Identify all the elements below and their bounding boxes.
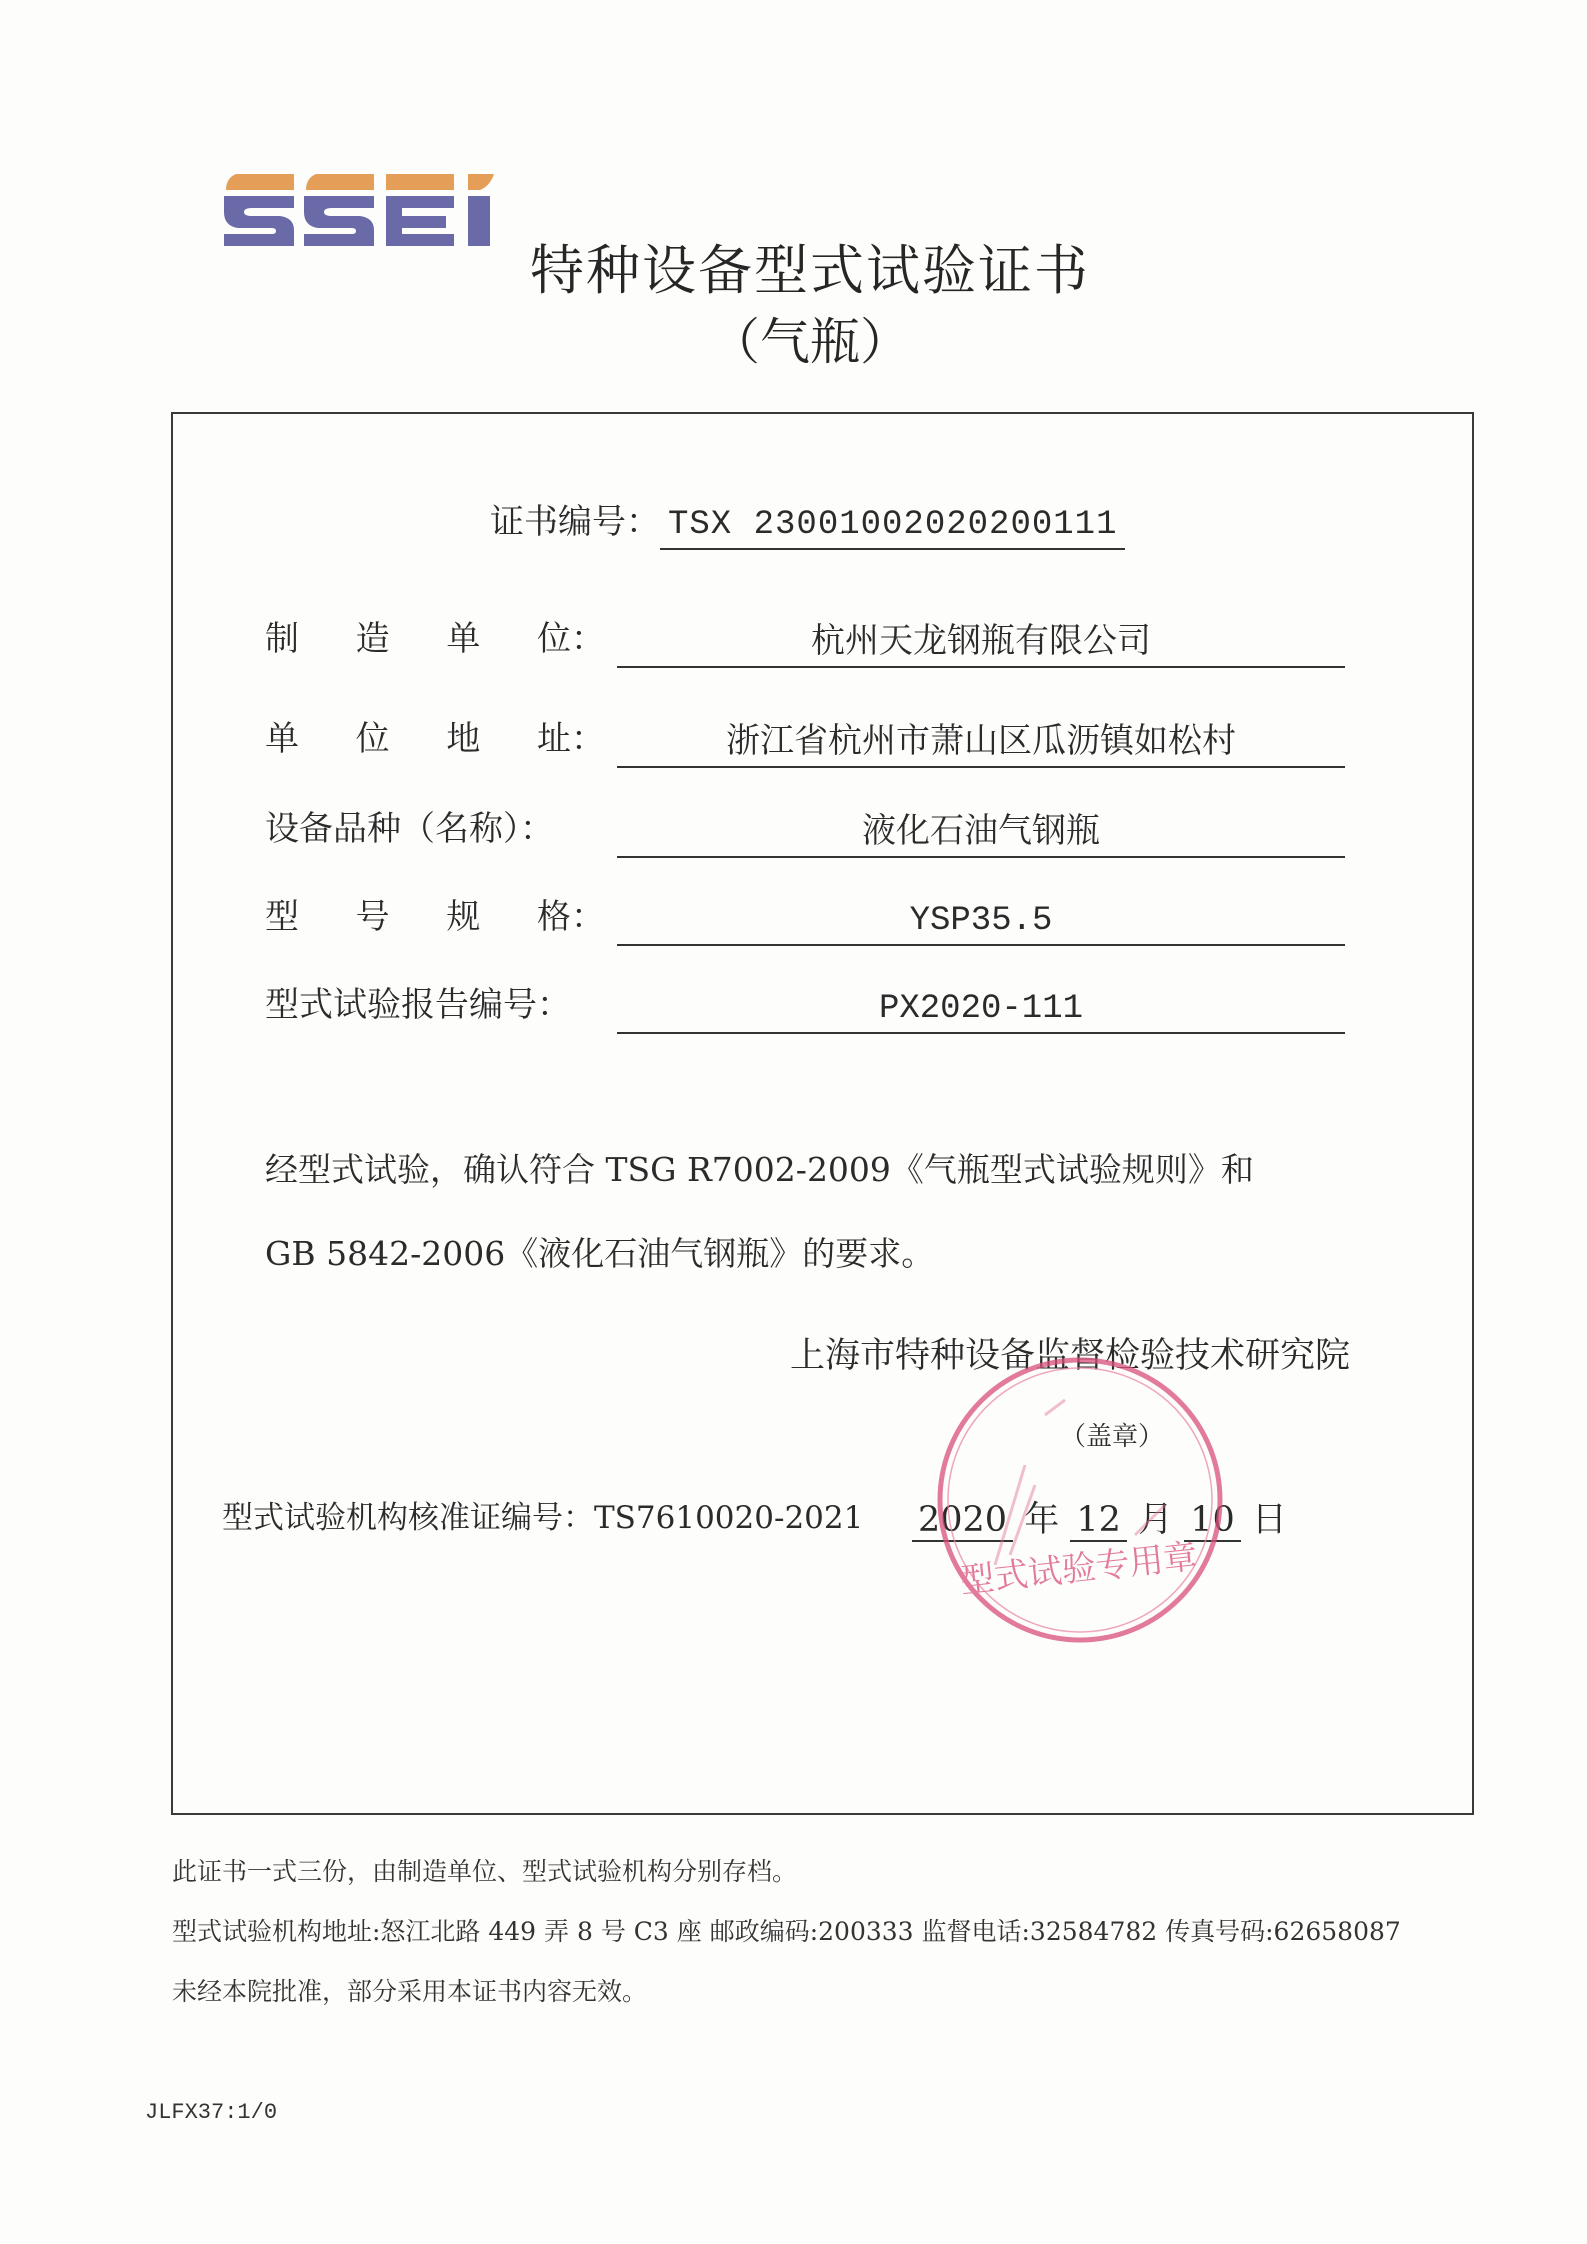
field-value-address: 浙江省杭州市萧山区瓜沥镇如松村: [617, 713, 1345, 768]
field-label: 单 位 地 址：: [265, 711, 605, 768]
field-model: 型 号 规 格： YSP35.5: [265, 896, 1345, 946]
conformity-line-2: GB 5842-2006《液化石油气钢瓶》的要求。: [265, 1212, 1345, 1296]
field-address: 单 位 地 址： 浙江省杭州市萧山区瓜沥镇如松村: [265, 718, 1345, 768]
field-value-model: YSP35.5: [617, 902, 1345, 946]
field-value-manufacturer: 杭州天龙钢瓶有限公司: [617, 613, 1345, 668]
seal-note: （盖章）: [1060, 1416, 1164, 1453]
certificate-number-label: 证书编号：: [490, 502, 660, 542]
issuing-organization: 上海市特种设备监督检验技术研究院: [740, 1328, 1350, 1378]
approval-certificate: 型式试验机构核准证编号：TS7610020-2021: [222, 1492, 863, 1537]
field-label: 设备品种（名称）：: [265, 801, 605, 858]
field-label: 型式试验报告编号：: [265, 977, 605, 1034]
document-title: 特种设备型式试验证书: [500, 228, 1120, 305]
footer-note-copies: 此证书一式三份，由制造单位、型式试验机构分别存档。: [172, 1852, 797, 1888]
field-label: 制 造 单 位：: [265, 611, 605, 668]
field-equipment-type: 设备品种（名称）： 液化石油气钢瓶: [265, 808, 1345, 858]
footer-note-address: 型式试验机构地址:怒江北路 449 弄 8 号 C3 座 邮政编码:200333…: [172, 1912, 1401, 1948]
date-year: 2020: [912, 1500, 1013, 1542]
approval-label: 型式试验机构核准证编号：: [222, 1500, 594, 1536]
field-manufacturer: 制 造 单 位： 杭州天龙钢瓶有限公司: [265, 618, 1345, 668]
field-value-report-number: PX2020-111: [617, 990, 1345, 1034]
issue-date: 2020 年 12 月 10 日: [912, 1492, 1287, 1542]
date-month: 12: [1070, 1500, 1127, 1542]
date-day: 10: [1184, 1500, 1241, 1542]
ssei-logo: [224, 174, 494, 246]
form-code: JLFX37:1/0: [145, 2100, 277, 2125]
conformity-statement: 经型式试验，确认符合 TSG R7002-2009《气瓶型式试验规则》和 GB …: [265, 1128, 1345, 1296]
field-report-number: 型式试验报告编号： PX2020-111: [265, 984, 1345, 1034]
approval-number: TS7610020-2021: [594, 1500, 863, 1536]
certificate-number: 证书编号：TSX 23001002020200111: [490, 494, 1125, 550]
field-value-equipment-type: 液化石油气钢瓶: [617, 803, 1345, 858]
conformity-line-1: 经型式试验，确认符合 TSG R7002-2009《气瓶型式试验规则》和: [265, 1128, 1345, 1212]
field-label: 型 号 规 格：: [265, 889, 605, 946]
footer-note-validity: 未经本院批准，部分采用本证书内容无效。: [172, 1972, 647, 2008]
document-subtitle: （气瓶）: [500, 302, 1120, 374]
certificate-number-value: TSX 23001002020200111: [660, 506, 1125, 550]
